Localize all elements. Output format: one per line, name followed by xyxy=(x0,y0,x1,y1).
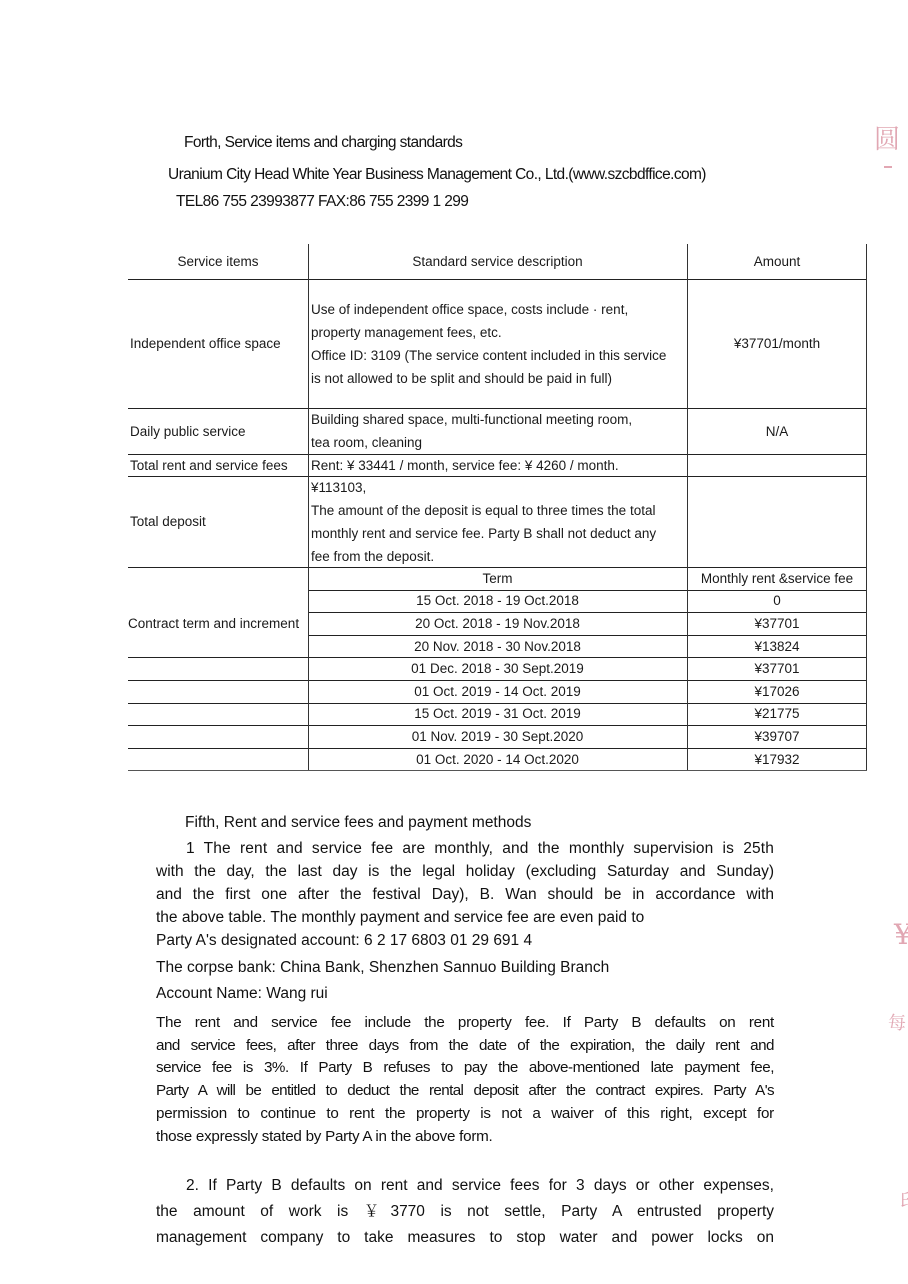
paragraph-line: The rent and service fee include the pro… xyxy=(156,1012,774,1035)
seal-fragment-middle: ¥ xyxy=(894,920,908,950)
table-rule xyxy=(308,612,867,613)
description-line: monthly rent and service fee. Party B sh… xyxy=(311,522,656,545)
table-column-divider xyxy=(687,244,688,770)
paragraph-line: 1 The rent and service fee are monthly, … xyxy=(156,837,774,860)
fee-cell: ¥17026 xyxy=(687,680,867,703)
term-cell: 20 Oct. 2018 - 19 Nov.2018 xyxy=(308,612,687,635)
description-line: Building shared space, multi-functional … xyxy=(311,408,632,431)
fee-cell: ¥37701 xyxy=(687,657,867,680)
service-item-cell: Total rent and service fees xyxy=(130,454,308,476)
fee-cell: ¥37701 xyxy=(687,612,867,635)
fee-cell: ¥39707 xyxy=(687,725,867,748)
paragraph-line: Party A will be entitled to deduct the r… xyxy=(156,1080,774,1103)
paragraph-line: the amount of work is ￥3770 is not settl… xyxy=(156,1199,774,1225)
table-column-divider xyxy=(308,244,309,770)
description-line: tea room, cleaning xyxy=(311,431,632,454)
term-cell: 15 Oct. 2018 - 19 Oct.2018 xyxy=(308,590,687,613)
paragraph-line: and service fees, after three days from … xyxy=(156,1035,774,1058)
account-name: Account Name: Wang rui xyxy=(156,985,328,1003)
amount-cell: ¥37701/month xyxy=(687,279,867,408)
table-column-divider xyxy=(866,244,867,770)
seal-mark xyxy=(884,166,892,168)
amount-cell xyxy=(687,454,867,476)
table-rule xyxy=(128,567,867,568)
column-header-service-items: Service items xyxy=(128,244,308,279)
table-rule xyxy=(128,476,867,477)
description-line: property management fees, etc. xyxy=(311,321,666,344)
bank-name: The corpse bank: China Bank, Shenzhen Sa… xyxy=(156,959,609,977)
description-line: fee from the deposit. xyxy=(311,545,656,568)
table-rule xyxy=(128,748,867,749)
paragraph-line: management company to take measures to s… xyxy=(156,1225,774,1251)
account-number: Party A's designated account: 6 2 17 680… xyxy=(156,932,532,950)
service-items-table: Service itemsStandard service descriptio… xyxy=(128,244,867,770)
table-rule xyxy=(128,657,867,658)
paragraph-line: 2. If Party B defaults on rent and servi… xyxy=(156,1173,774,1199)
description-cell: ¥113103,The amount of the deposit is equ… xyxy=(311,476,656,568)
contract-term-label: Contract term and increment xyxy=(128,567,308,680)
paragraph-line: those expressly stated by Party A in the… xyxy=(156,1126,774,1149)
table-rule xyxy=(128,770,867,771)
term-cell: 15 Oct. 2019 - 31 Oct. 2019 xyxy=(308,703,687,726)
description-cell: Rent: ¥ 33441 / month, service fee: ¥ 42… xyxy=(311,454,619,477)
service-item-cell: Total deposit xyxy=(130,476,308,567)
term-header: Term xyxy=(308,567,687,590)
table-rule xyxy=(128,454,867,455)
section-title-forth: Forth, Service items and charging standa… xyxy=(184,134,462,152)
fee-cell: ¥13824 xyxy=(687,635,867,658)
seal-fragment-lower: 每 xyxy=(888,1014,906,1034)
term-cell: 20 Nov. 2018 - 30 Nov.2018 xyxy=(308,635,687,658)
paragraph-line: the above table. The monthly payment and… xyxy=(156,906,774,929)
amount-cell xyxy=(687,476,867,567)
contact-info: TEL86 755 23993877 FAX:86 755 2399 1 299 xyxy=(176,193,468,211)
seal-fragment-top: 圆 xyxy=(874,126,900,154)
company-name: Uranium City Head White Year Business Ma… xyxy=(168,166,706,184)
column-header-amount: Amount xyxy=(687,244,867,279)
table-rule xyxy=(128,408,867,409)
payment-terms-paragraph: 1 The rent and service fee are monthly, … xyxy=(156,837,774,929)
fee-cell: 0 xyxy=(687,590,867,613)
description-cell: Building shared space, multi-functional … xyxy=(311,408,632,454)
service-item-cell: Independent office space xyxy=(130,279,308,408)
table-rule xyxy=(128,279,867,280)
fee-cell: ¥17932 xyxy=(687,748,867,771)
description-line: ¥113103, xyxy=(311,476,656,499)
fee-cell: ¥21775 xyxy=(687,703,867,726)
default-clause-paragraph: 2. If Party B defaults on rent and servi… xyxy=(156,1173,774,1251)
term-cell: 01 Oct. 2020 - 14 Oct.2020 xyxy=(308,748,687,771)
table-rule xyxy=(308,635,867,636)
table-rule xyxy=(308,590,867,591)
term-cell: 01 Dec. 2018 - 30 Sept.2019 xyxy=(308,657,687,680)
description-line: Office ID: 3109 (The service content inc… xyxy=(311,344,666,367)
description-line: is not allowed to be split and should be… xyxy=(311,367,666,390)
paragraph-line: and the first one after the festival Day… xyxy=(156,883,774,906)
column-header-description: Standard service description xyxy=(308,244,687,279)
service-item-cell: Daily public service xyxy=(130,408,308,454)
paragraph-line: permission to continue to rent the prope… xyxy=(156,1103,774,1126)
fee-header: Monthly rent &service fee xyxy=(687,567,867,590)
description-line: Rent: ¥ 33441 / month, service fee: ¥ 42… xyxy=(311,454,619,477)
paragraph-line: with the day, the last day is the legal … xyxy=(156,860,774,883)
description-cell: Use of independent office space, costs i… xyxy=(311,298,666,390)
table-rule xyxy=(128,725,867,726)
description-line: Use of independent office space, costs i… xyxy=(311,298,666,321)
description-line: The amount of the deposit is equal to th… xyxy=(311,499,656,522)
term-cell: 01 Nov. 2019 - 30 Sept.2020 xyxy=(308,725,687,748)
late-fee-paragraph: The rent and service fee include the pro… xyxy=(156,1012,774,1148)
amount-cell: N/A xyxy=(687,408,867,454)
table-rule xyxy=(128,703,867,704)
section-title-fifth: Fifth, Rent and service fees and payment… xyxy=(185,814,531,832)
paragraph-line: service fee is 3%. If Party B refuses to… xyxy=(156,1057,774,1080)
term-cell: 01 Oct. 2019 - 14 Oct. 2019 xyxy=(308,680,687,703)
table-rule xyxy=(128,680,867,681)
seal-fragment-bottom: 印 xyxy=(900,1190,908,1212)
